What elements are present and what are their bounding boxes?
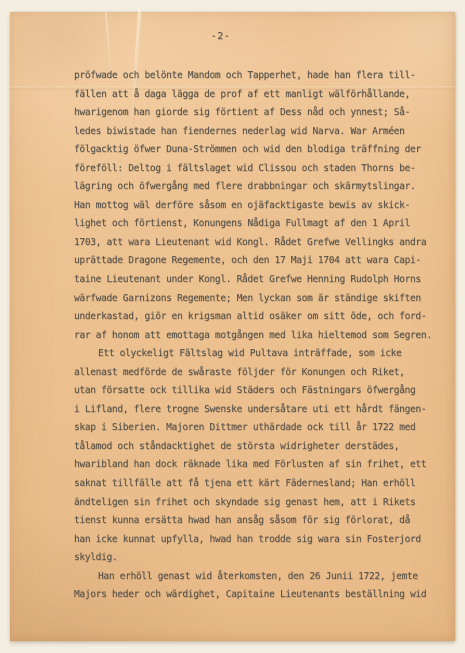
text-line: skap i Siberien. Majoren Dittmer uthärda… [74, 419, 446, 438]
text-line: pröfwade och belönte Mandom och Tapperhe… [74, 67, 446, 86]
text-line: rar af honom att emottaga motgången med … [74, 327, 446, 346]
text-line: Ett olyckeligt Fältslag wid Pultava intr… [74, 345, 446, 364]
text-line: skyldig. [74, 549, 446, 568]
text-line: ledes biwistade han fiendernes nederlag … [74, 123, 446, 142]
text-line: Han mottog wäl derföre såsom en ojäfackt… [74, 197, 446, 216]
scanned-document-photo: -2- pröfwade och belönte Mandom och Tapp… [0, 0, 465, 653]
text-line: i Lifland, flere trogne Swenske undersåt… [74, 401, 446, 420]
text-line: taine Lieutenant under Kongl. Rådet Gref… [74, 271, 446, 290]
paper-sheet: -2- pröfwade och belönte Mandom och Tapp… [10, 12, 455, 641]
text-line: tienst kunna ersätta hwad han ansåg såso… [74, 512, 446, 531]
paragraph: Han erhöll genast wid återkomsten, den 2… [74, 568, 446, 605]
text-line: saknat tillfälle att få tjena ett kärt F… [74, 475, 446, 494]
text-line: lighet och förtienst, Konungens Nådiga F… [74, 215, 446, 234]
text-line: han icke kunnat upfylla, hwad han trodde… [74, 531, 446, 550]
text-line: wärfwade Garnizons Regemente; Men lyckan… [74, 290, 446, 309]
text-line: lägring och öfwergång med flere drabbnin… [74, 178, 446, 197]
text-line: tålamod och ståndacktighet de största wi… [74, 438, 446, 457]
paragraph: Ett olyckeligt Fältslag wid Pultava intr… [74, 345, 446, 568]
text-line: fällen att å daga lägga de prof af ett m… [74, 86, 446, 105]
text-line: uprättade Dragone Regemente, och den 17 … [74, 252, 446, 271]
text-line: 1703, att wara Lieutenant wid Kongl. Råd… [74, 234, 446, 253]
text-line: allenast medförde de swåraste följder fö… [74, 364, 446, 383]
text-line: föreföll: Deltog i fältslaget wid Clisso… [74, 160, 446, 179]
text-line: fölgacktig öfwer Duna-Strömmen och wid d… [74, 141, 446, 160]
text-line: utan försatte ock tillika wid Städers oc… [74, 382, 446, 401]
text-line: Majors heder och wärdighet, Capitaine Li… [74, 586, 446, 605]
page-number: -2- [10, 31, 431, 42]
paragraph: pröfwade och belönte Mandom och Tapperhe… [74, 67, 446, 345]
text-line: hwarigenom han giorde sig förtient af De… [74, 104, 446, 123]
text-line: underkastad, giör en krigsman altid osäk… [74, 308, 446, 327]
text-line: ändteligen sin frihet och skyndade sig g… [74, 494, 446, 513]
text-line: hwaribland han dock räknade lika med För… [74, 456, 446, 475]
text-line: Han erhöll genast wid återkomsten, den 2… [74, 568, 446, 587]
typewritten-text: pröfwade och belönte Mandom och Tapperhe… [74, 67, 446, 605]
